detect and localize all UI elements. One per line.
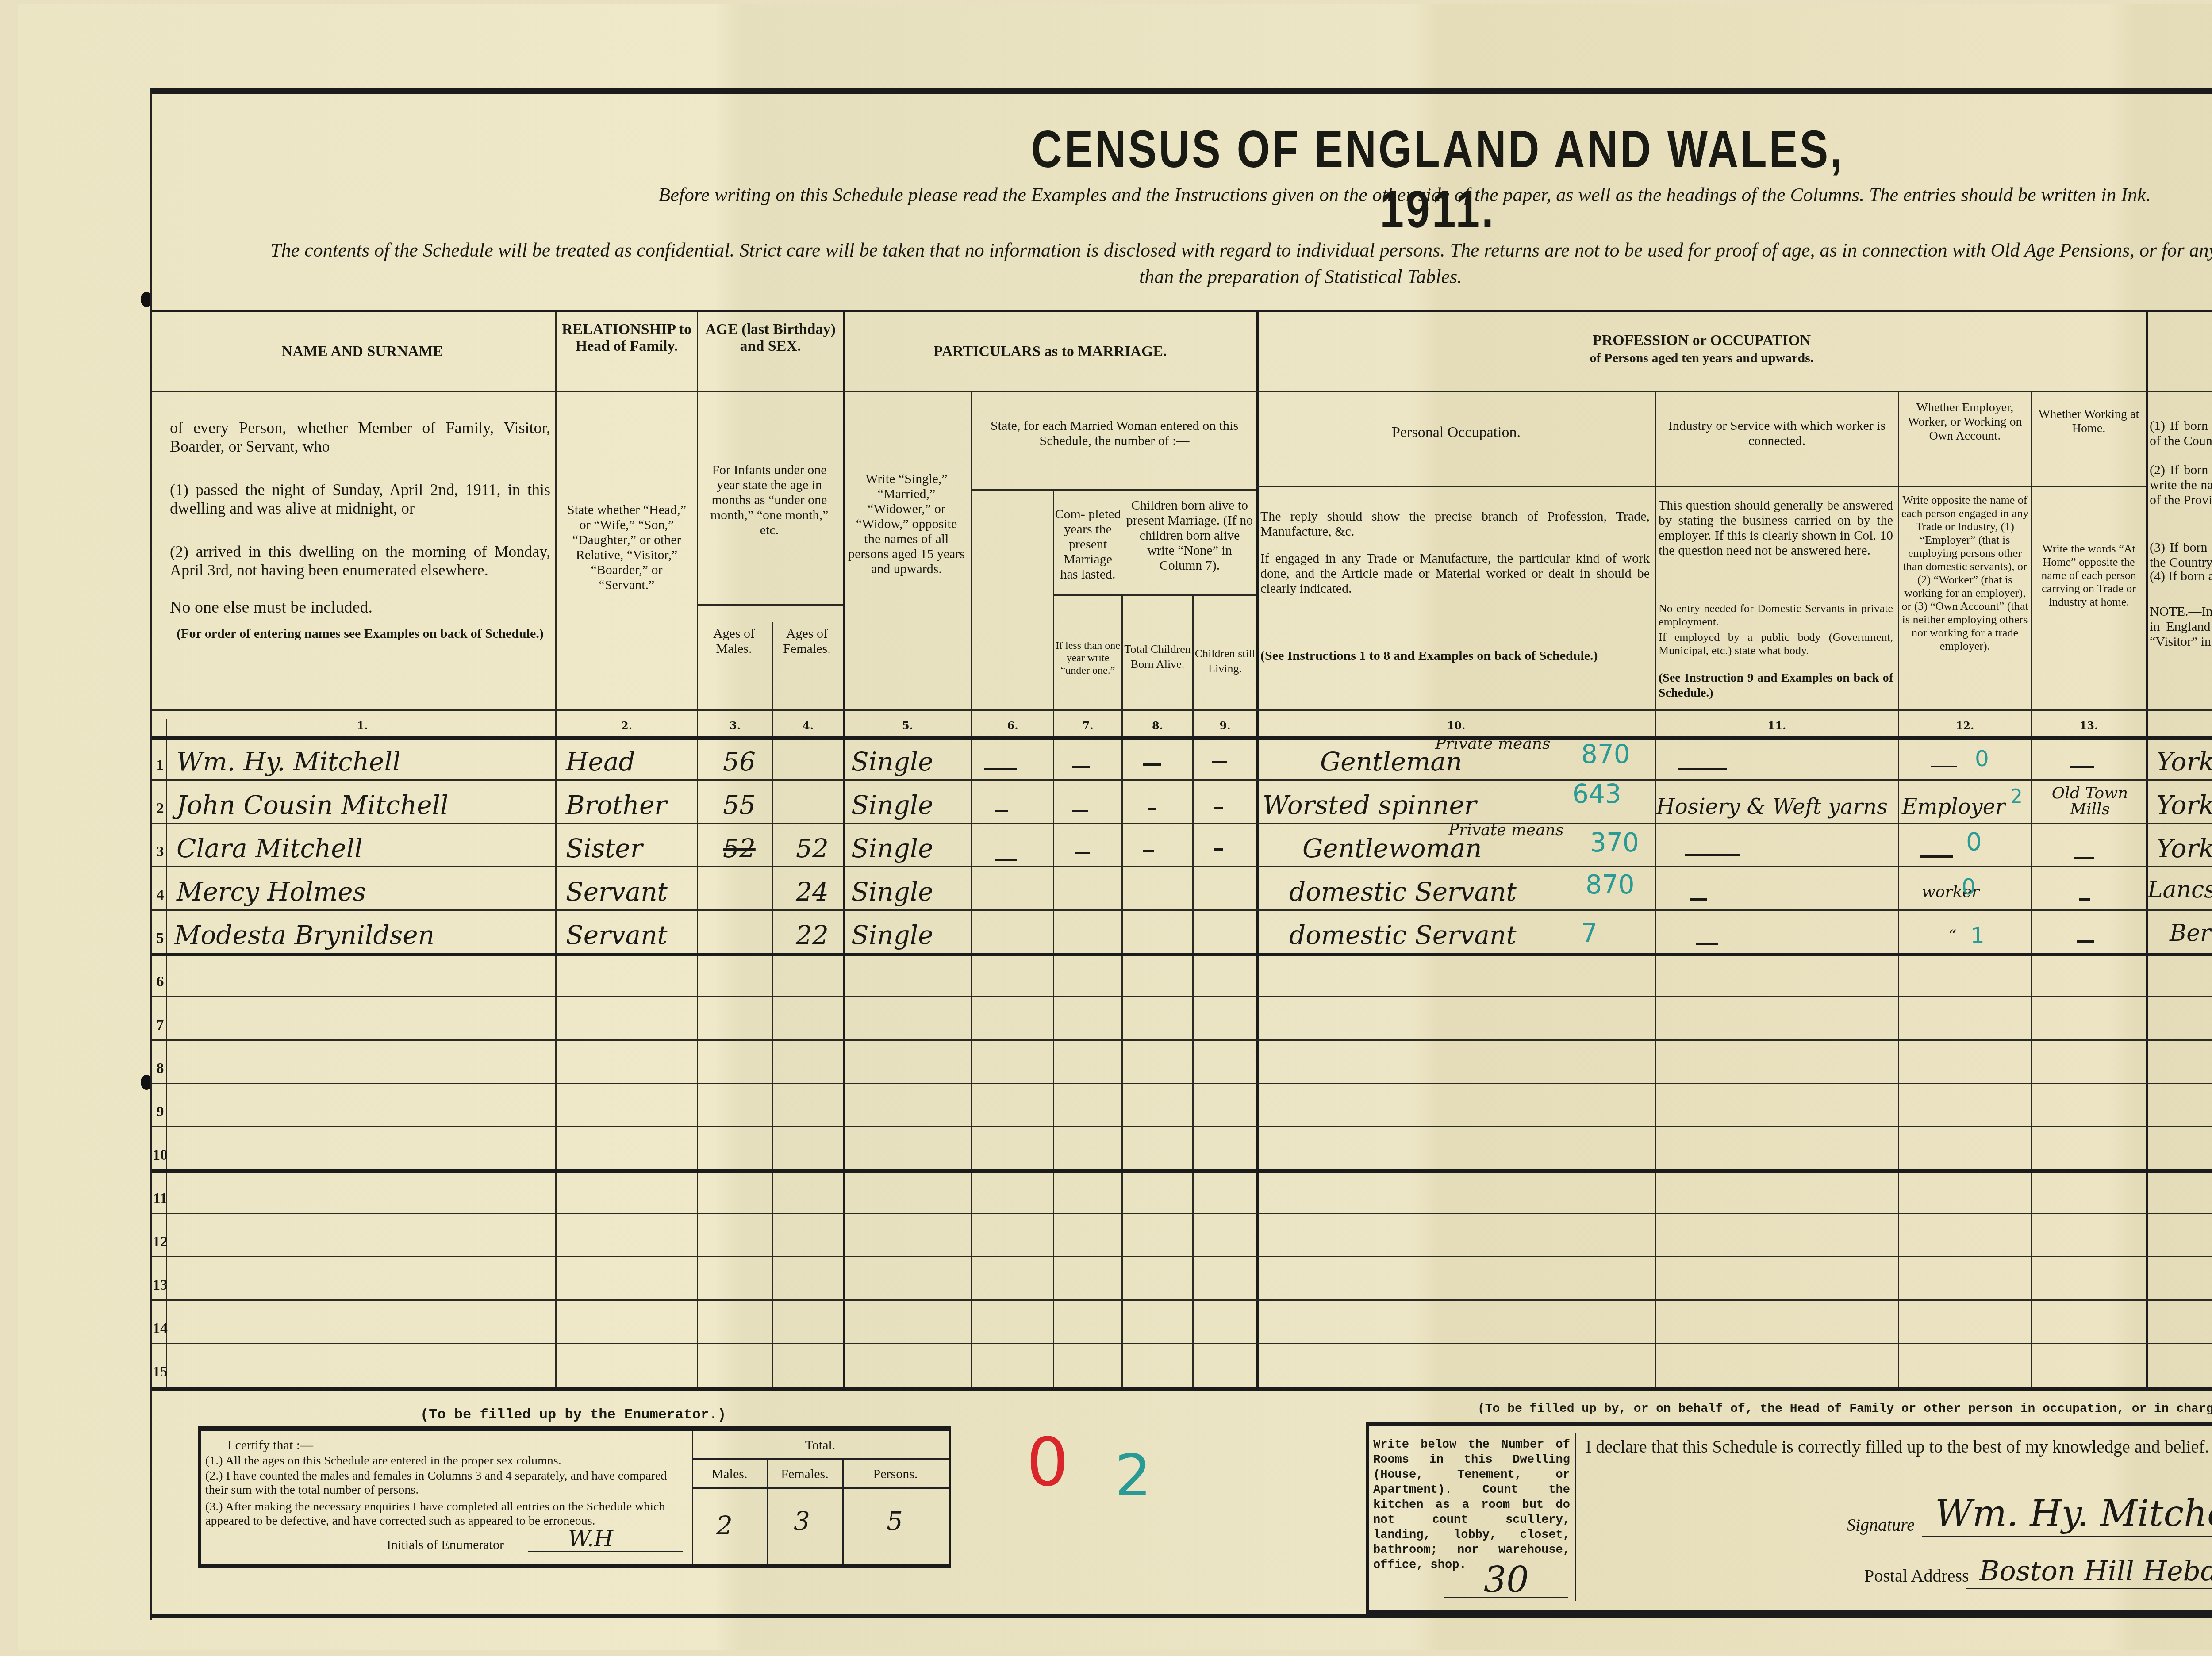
signature-line — [1922, 1536, 2212, 1537]
postal-address[interactable]: Boston Hill Hebden Bridge — [1979, 1555, 2212, 1587]
signature[interactable]: Wm. Hy. Mitchell — [1935, 1493, 2212, 1535]
row-number: 9 — [152, 1104, 168, 1120]
enumerator-initials-label: Initials of Enumerator — [387, 1537, 504, 1553]
row-divider — [152, 1083, 2212, 1084]
cell-relationship[interactable]: Servant — [566, 920, 668, 950]
red-pencil-mark: 0 — [1026, 1424, 1068, 1501]
cell-industry[interactable] — [1685, 854, 1740, 856]
enumerator-box: I certify that :— (1.) All the ages on t… — [198, 1426, 951, 1568]
dash — [995, 859, 1017, 861]
personal-occupation-desc-1: The reply should show the precise branch… — [1260, 509, 1650, 539]
instruction-line: Before writing on this Schedule please r… — [398, 184, 2212, 206]
cell-home[interactable] — [2077, 940, 2094, 943]
divider — [1121, 595, 1123, 1387]
males-label: Males. — [692, 1466, 767, 1482]
col-num: 11. — [1656, 719, 1897, 732]
cell-birthplace[interactable]: Yorks. Wadsworth — [2156, 790, 2212, 820]
cell-employer-code: 0 — [1962, 874, 1976, 900]
cell-occupation[interactable]: Gentleman — [1320, 747, 1462, 777]
dash — [1214, 807, 1223, 809]
cell-relationship[interactable]: Sister — [566, 833, 642, 863]
header-divider — [697, 604, 843, 606]
cell-industry[interactable]: Hosiery & Weft yarns — [1656, 794, 1888, 819]
row-divider — [152, 779, 2212, 781]
birthplace-desc-3: (3) If born in a Foreign Country, write … — [2150, 540, 2212, 570]
cell-age-female[interactable]: 24 — [796, 877, 829, 907]
divider — [1655, 392, 1656, 1387]
age-females-label: Ages of Females. — [774, 626, 840, 656]
birthplace-desc-1: (1) If born in the United Kingdom, write… — [2150, 418, 2212, 448]
row-divider — [152, 1169, 2212, 1173]
header-relationship: RELATIONSHIP to Head of Family. — [557, 321, 696, 355]
row-divider — [152, 996, 2212, 997]
dash — [1072, 766, 1090, 768]
row-number: 10 — [152, 1147, 168, 1164]
enumerator-item-3: (3.) After making the necessary enquirie… — [205, 1500, 683, 1528]
row-number: 8 — [152, 1060, 168, 1077]
cell-home[interactable]: Old Town Mills — [2037, 786, 2143, 817]
personal-occupation-desc-2: If engaged in any Trade or Manufacture, … — [1260, 551, 1650, 596]
divider — [843, 312, 845, 1387]
dash — [1214, 848, 1223, 851]
row-number: 5 — [152, 930, 168, 947]
cell-occupation-code: 870 — [1581, 739, 1630, 769]
dash — [1143, 850, 1154, 852]
address-label: Postal Address — [1864, 1568, 1969, 1584]
row-number: 7 — [152, 1017, 168, 1034]
cell-industry[interactable] — [1690, 898, 1707, 901]
children-desc: Children born alive to present Marriage.… — [1125, 498, 1254, 573]
home-label: Whether Working at Home. — [2032, 407, 2145, 436]
row-divider — [152, 1213, 2212, 1214]
cell-employer[interactable]: Employer — [1902, 794, 2005, 819]
col-num: 1. — [170, 719, 555, 732]
rooms-instructions: Write below the Number of Rooms in this … — [1373, 1437, 1570, 1573]
cell-occupation-code: 7 — [1581, 918, 1598, 948]
name-desc-2: (1) passed the night of Sunday, April 2n… — [170, 480, 550, 517]
cell-home[interactable] — [2079, 898, 2090, 901]
total-persons[interactable]: 5 — [887, 1506, 903, 1536]
header-name: NAME AND SURNAME — [170, 343, 555, 360]
cell-home[interactable] — [2074, 857, 2094, 859]
home-desc: Write the words “At Home” opposite the n… — [2032, 542, 2145, 609]
cell-employer-code: 2 — [2010, 786, 2023, 808]
enumerator-item-2: (2.) I have counted the males and female… — [205, 1469, 683, 1497]
divider — [697, 312, 698, 1387]
industry-label: Industry or Service with which worker is… — [1659, 418, 1895, 448]
personal-occupation-desc-3: (See Instructions 1 to 8 and Examples on… — [1260, 648, 1650, 663]
cell-name[interactable]: Clara Mitchell — [177, 833, 363, 863]
cell-employer[interactable] — [1931, 766, 1957, 767]
col-num: 9. — [1194, 719, 1256, 732]
cell-name[interactable]: Modesta Brynildsen — [174, 920, 434, 950]
age-males-label: Ages of Males. — [701, 626, 767, 656]
dash — [1212, 761, 1227, 763]
row-number: 15 — [152, 1364, 168, 1380]
col-num: 5. — [845, 719, 971, 732]
divider — [692, 1487, 949, 1489]
bottom-rule — [150, 1614, 2212, 1618]
signature-label: Signature — [1847, 1517, 1915, 1533]
occupier-box: Write below the Number of Rooms in this … — [1366, 1422, 2212, 1614]
col-num: 7. — [1055, 719, 1121, 732]
divider — [1898, 392, 1899, 1387]
cell-home[interactable] — [2070, 766, 2094, 768]
divider — [971, 392, 972, 1387]
row-number: 14 — [152, 1320, 168, 1337]
cell-industry[interactable] — [1678, 768, 1727, 770]
cell-marriage[interactable]: Single — [851, 747, 933, 777]
row-divider — [152, 866, 2212, 867]
dash — [995, 810, 1008, 812]
cell-age-female[interactable]: 52 — [796, 833, 829, 863]
cell-occupation-code: 870 — [1586, 870, 1635, 900]
divider — [555, 312, 557, 1387]
census-table: NAME AND SURNAME RELATIONSHIP to Head of… — [152, 310, 2212, 1391]
cell-birthplace[interactable]: Yorks. Wadsworth — [2156, 833, 2212, 863]
row-number: 3 — [152, 843, 168, 860]
col-num: 4. — [774, 719, 842, 732]
enumerator-item-1: (1.) All the ages on this Schedule are e… — [205, 1454, 683, 1468]
marriage-write-desc: Write “Single,” “Married,” “Widower,” or… — [847, 471, 966, 577]
confidential-line-2: than the preparation of Statistical Tabl… — [159, 265, 2212, 288]
cell-name[interactable]: Mercy Holmes — [177, 877, 366, 907]
birthplace-desc-2: (2) If born in any other part of the Bri… — [2150, 463, 2212, 508]
header-age: AGE (last Birthday) and SEX. — [699, 321, 842, 355]
cell-name[interactable]: John Cousin Mitchell — [177, 790, 449, 820]
col-num: 3. — [699, 719, 772, 732]
cell-employer-code: 0 — [1966, 828, 1982, 856]
personal-occupation-label: Personal Occupation. — [1258, 425, 1654, 440]
total-females[interactable]: 3 — [794, 1506, 810, 1536]
col-num: 13. — [2032, 719, 2145, 732]
row-divider — [152, 1299, 2212, 1301]
dash — [1148, 808, 1156, 810]
persons-label: Persons. — [842, 1466, 949, 1482]
total-males[interactable]: 2 — [716, 1510, 733, 1541]
name-desc-3: (2) arrived in this dwelling on the morn… — [170, 542, 550, 579]
confidential-line: The contents of the Schedule will be tre… — [159, 239, 2212, 261]
divider — [2031, 392, 2032, 1387]
header-marriage: PARTICULARS as to MARRIAGE. — [845, 343, 1256, 360]
divider — [692, 1458, 949, 1460]
cell-employer-code: 1 — [1970, 923, 1985, 948]
header-divider — [971, 489, 1256, 491]
cell-birthplace[interactable]: Lancs. Great Eccleston — [2147, 877, 2212, 903]
cell-age-male[interactable]: 56 — [723, 747, 756, 777]
cell-occupation[interactable]: Gentlewoman — [1302, 833, 1482, 863]
cell-occupation[interactable]: domestic Servant — [1289, 920, 1517, 950]
cell-employer-code: 0 — [1975, 746, 1989, 771]
age-desc: For Infants under one year state the age… — [701, 463, 838, 538]
row-divider — [152, 1039, 2212, 1041]
cell-occupation-code: 643 — [1572, 779, 1621, 809]
cell-marriage[interactable]: Single — [851, 833, 933, 863]
enumerator-caption: (To be filled up by the Enumerator.) — [420, 1407, 726, 1423]
birthplace-note: NOTE.—In the case of persons born elsewh… — [2150, 604, 2212, 649]
marriage-years-desc: Com- pleted years the present Marriage h… — [1055, 507, 1121, 582]
cell-occupation[interactable]: Worsted spinner — [1263, 790, 1476, 820]
cell-age-male-struck[interactable]: 52 — [723, 833, 756, 863]
total-label: Total. — [692, 1437, 949, 1453]
col-num: 2. — [557, 719, 696, 732]
cell-relationship[interactable]: Head — [566, 747, 635, 777]
header-divider — [1256, 486, 2146, 487]
relationship-desc: State whether “Head,” or “Wife,” “Son,” … — [561, 502, 692, 593]
marriage-years-note: If less than one year write “under one.” — [1055, 640, 1121, 677]
name-desc-1: of every Person, whether Member of Famil… — [170, 418, 550, 456]
declaration-text: I declare that this Schedule is correctl… — [1586, 1439, 2209, 1455]
header-occupation-sub: of Persons aged ten years and upwards. — [1258, 350, 2145, 367]
dash — [1075, 852, 1090, 854]
cell-birthplace[interactable]: Bergen. Norway — [2170, 920, 2212, 947]
row-number: 6 — [152, 974, 168, 990]
cell-employer[interactable] — [1920, 855, 1953, 858]
header-birthplace: BIRTHPLACE — [2147, 332, 2212, 349]
employer-label: Whether Employer, Worker, or Working on … — [1900, 401, 2030, 443]
header-occupation: PROFESSION or OCCUPATION — [1258, 332, 2145, 349]
name-desc-4: No one else must be included. — [170, 600, 550, 615]
row-divider — [152, 1256, 2212, 1257]
cell-age-male[interactable]: 55 — [723, 790, 756, 820]
cell-age-female[interactable]: 22 — [796, 920, 829, 950]
occupier-caption: (To be filled up by, or on behalf of, th… — [1478, 1402, 2212, 1416]
females-label: Females. — [767, 1466, 842, 1482]
industry-desc-2: No entry needed for Domestic Servants in… — [1659, 602, 1893, 629]
divider — [1575, 1433, 1576, 1601]
header-divider — [1053, 594, 1256, 596]
col-num: 6. — [973, 719, 1052, 732]
col-num: 8. — [1123, 719, 1192, 732]
row-divider — [152, 736, 2212, 740]
cell-marriage[interactable]: Single — [851, 790, 933, 820]
name-desc-5: (For order of entering names see Example… — [170, 626, 550, 641]
children-living-label: Children still Living. — [1194, 646, 1256, 676]
teal-pencil-mark: 2 — [1115, 1442, 1152, 1509]
divider — [1256, 312, 1259, 1387]
enumerator-certify: I certify that :— — [227, 1437, 313, 1453]
cell-occupation[interactable]: domestic Servant — [1289, 877, 1517, 907]
employer-desc: Write opposite the name of each person e… — [1900, 494, 2030, 653]
dash — [984, 768, 1017, 770]
header-birthplace-sub: of every person. — [2147, 350, 2212, 367]
row-number: 4 — [152, 887, 168, 904]
marriage-state-desc: State, for each Married Woman entered on… — [975, 418, 1254, 448]
divider — [1192, 595, 1194, 1387]
row-divider — [152, 1126, 2212, 1127]
rooms-count[interactable]: 30 — [1484, 1559, 1529, 1600]
row-number: 11 — [152, 1190, 168, 1207]
enumerator-initials[interactable]: W.H — [568, 1526, 613, 1552]
divider — [1053, 489, 1054, 1387]
row-divider — [152, 953, 2212, 956]
row-number: 12 — [152, 1234, 168, 1250]
birthplace-desc-4: (4) If born at sea, write “At Sea.” — [2150, 569, 2212, 584]
col-num: 14. — [2147, 719, 2212, 732]
row-divider — [152, 909, 2212, 911]
row-number: 1 — [152, 757, 168, 774]
header-divider — [152, 391, 2212, 392]
cell-occupation-code: 370 — [1590, 828, 1639, 858]
page-title: CENSUS OF ENGLAND AND WALES, 1911. — [984, 119, 1891, 240]
industry-desc-4: (See Instruction 9 and Examples on back … — [1659, 671, 1893, 701]
dash — [1072, 810, 1088, 812]
children-total-label: Total Children Born Alive. — [1123, 642, 1192, 672]
cell-name[interactable]: Wm. Hy. Mitchell — [177, 747, 401, 777]
header-divider — [152, 709, 2212, 711]
row-divider — [152, 823, 2212, 824]
dash — [1143, 763, 1161, 766]
industry-desc-1: This question should generally be answer… — [1659, 498, 1893, 558]
row-number: 2 — [152, 800, 168, 817]
cell-industry[interactable] — [1696, 943, 1718, 945]
col-num: 10. — [1258, 719, 1654, 732]
cell-birthplace[interactable]: Yorks. Wadsworth — [2156, 747, 2212, 777]
cell-employer[interactable]: “ — [1948, 927, 1956, 945]
col-num: 12. — [1900, 719, 2030, 732]
row-number: 13 — [152, 1277, 168, 1294]
cell-relationship[interactable]: Servant — [566, 877, 668, 907]
industry-desc-3: If employed by a public body (Government… — [1659, 631, 1893, 657]
cell-marriage[interactable]: Single — [851, 920, 933, 950]
cell-relationship[interactable]: Brother — [566, 790, 667, 820]
cell-marriage[interactable]: Single — [851, 877, 933, 907]
row-divider — [152, 1343, 2212, 1344]
divider — [2146, 312, 2148, 1387]
address-line — [1966, 1588, 2212, 1589]
